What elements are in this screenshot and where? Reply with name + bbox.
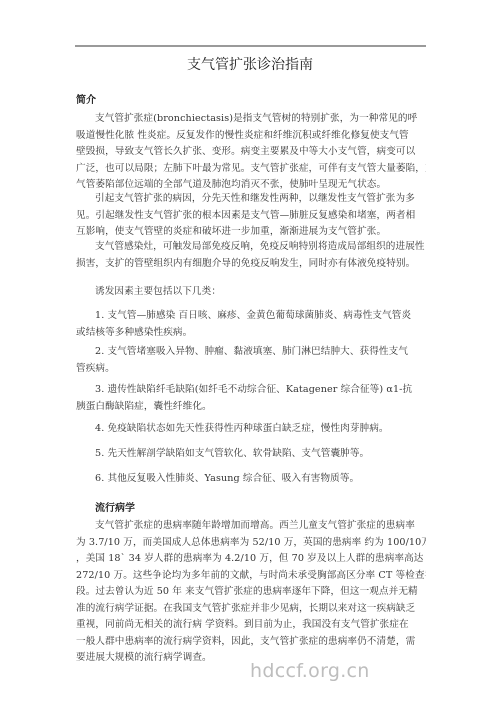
- text-line: 为 3.7/10 万，而美国成人总体患病率为 52/10 万，英国的患病率 约为…: [76, 535, 426, 552]
- text-line: 引起支气管扩张的病因，分先天性和继发性两种，以继发性支气管扩张为多: [76, 191, 426, 208]
- paragraph-triggers-intro: 诱发因素主要包括以下几类：: [76, 284, 426, 301]
- text-line: 1. 支气管—肺感染 百日咳、麻疹、金黄色葡萄球菌肺炎、病毒性支气管炎: [76, 308, 426, 325]
- paragraph-etiology: 引起支气管扩张的病因，分先天性和继发性两种，以继发性支气管扩张为多 见。引起继发…: [76, 191, 426, 241]
- text-line: 准的流行病学证据。在我国支气管扩张症并非少见病，长期以来对这一疾病缺乏: [76, 601, 426, 618]
- watermark-text: hdccf.org.cn: [250, 660, 370, 682]
- text-line: 重视，同前尚无相关的流行病 学资料。到目前为止，我国没有支气管扩张症在: [76, 617, 426, 634]
- paragraph-epidemiology: 支气管扩张症的患病率随年龄增加而增高。西兰儿童支气管扩张症的患病率 为 3.7/…: [76, 518, 426, 667]
- text-line: 6. 其他反复吸入性肺炎、Yasung 综合征、吸入有害物质等。: [76, 471, 426, 488]
- text-line: ，美国 18` 34 岁人群的患病率为 4.2/10 万，但 70 岁及以上人群…: [76, 551, 426, 568]
- list-item-4: 4. 免疫缺陷状态如先天性获得性丙种球蛋白缺乏症，慢性肉芽肿病。: [76, 421, 426, 438]
- text-line: 损害，支扩的管壁组织内有细胞介导的免疫反响发生，同时亦有体液免疫特别。: [76, 256, 426, 273]
- text-line: 壁毁损，导致支气管长久扩张、变形。病变主要累及中等大小支气管，病变可以: [76, 144, 426, 161]
- text-line: 3. 遗传性缺陷纤毛缺陷(如纤毛不动综合征、Katagener 综合征等) α1…: [76, 382, 426, 399]
- text-line: 管疾病。: [76, 361, 426, 378]
- text-line: 支气管扩张症的患病率随年龄增加而增高。西兰儿童支气管扩张症的患病率: [76, 518, 426, 535]
- text-line: 5. 先天性解剖学缺陷如支气管软化、软骨缺陷、支气管囊肿等。: [76, 446, 426, 463]
- list-item-5: 5. 先天性解剖学缺陷如支气管软化、软骨缺陷、支气管囊肿等。: [76, 446, 426, 463]
- document-title: 支气管扩张诊治指南: [0, 54, 500, 74]
- text-line: 段。过去曾认为近 50 年 来支气管扩张症的患病率逐年下降，但这一观点并无精: [76, 584, 426, 601]
- text-line: 2. 支气管堵塞吸入异物、肿瘤、黏液填塞、肺门淋巴结肿大、获得性支气: [76, 344, 426, 361]
- list-item-3: 3. 遗传性缺陷纤毛缺陷(如纤毛不动综合征、Katagener 综合征等) α1…: [76, 382, 426, 415]
- header-rule: [75, 45, 426, 47]
- paragraph-immunity: 支气管感染灶，可触发局部免疫反响，免疫反响特别将造成局部组织的进展性 损害，支扩…: [76, 239, 426, 272]
- list-item-6: 6. 其他反复吸入性肺炎、Yasung 综合征、吸入有害物质等。: [76, 471, 426, 488]
- text-line: 支气管扩张症(bronchiectasis)是指支气管树的特别扩张，为一种常见的…: [76, 111, 426, 128]
- text-line: 支气管感染灶，可触发局部免疫反响，免疫反响特别将造成局部组织的进展性: [76, 239, 426, 256]
- text-line: 4. 免疫缺陷状态如先天性获得性丙种球蛋白缺乏症，慢性肉芽肿病。: [76, 421, 426, 438]
- text-line: 诱发因素主要包括以下几类：: [76, 284, 426, 301]
- text-line: 广泛，也可以局限；左肺下叶最为常见。支气管扩张症，可伴有支气管大量萎陷，支: [76, 161, 426, 178]
- section-heading-epidemiology: 流行病学: [95, 499, 135, 514]
- text-line: 或结核等多种感染性疾病。: [76, 325, 426, 342]
- section-heading-intro: 简介: [76, 91, 96, 106]
- text-line: 见。引起继发性支气管扩张的根本因素是支气管—肺脏反复感染和堵塞，两者相: [76, 208, 426, 225]
- text-line: 272/10 万。这些争论均为多年前的文献，与时尚未承受胸部高区分率 CT 等检…: [76, 568, 426, 585]
- text-line: 一般人群中患病率的流行病学资料，因此，支气管扩张症的患病率仍不清楚，需: [76, 634, 426, 651]
- list-item-2: 2. 支气管堵塞吸入异物、肿瘤、黏液填塞、肺门淋巴结肿大、获得性支气 管疾病。: [76, 344, 426, 377]
- list-item-1: 1. 支气管—肺感染 百日咳、麻疹、金黄色葡萄球菌肺炎、病毒性支气管炎 或结核等…: [76, 308, 426, 341]
- paragraph-definition: 支气管扩张症(bronchiectasis)是指支气管树的特别扩张，为一种常见的…: [76, 111, 426, 194]
- text-line: 吸道慢性化脓 性炎症。反复发作的慢性炎症和纤维沉积或纤维化修复使支气管: [76, 128, 426, 145]
- text-line: 胰蛋白酶缺陷症，囊性纤维化。: [76, 399, 426, 416]
